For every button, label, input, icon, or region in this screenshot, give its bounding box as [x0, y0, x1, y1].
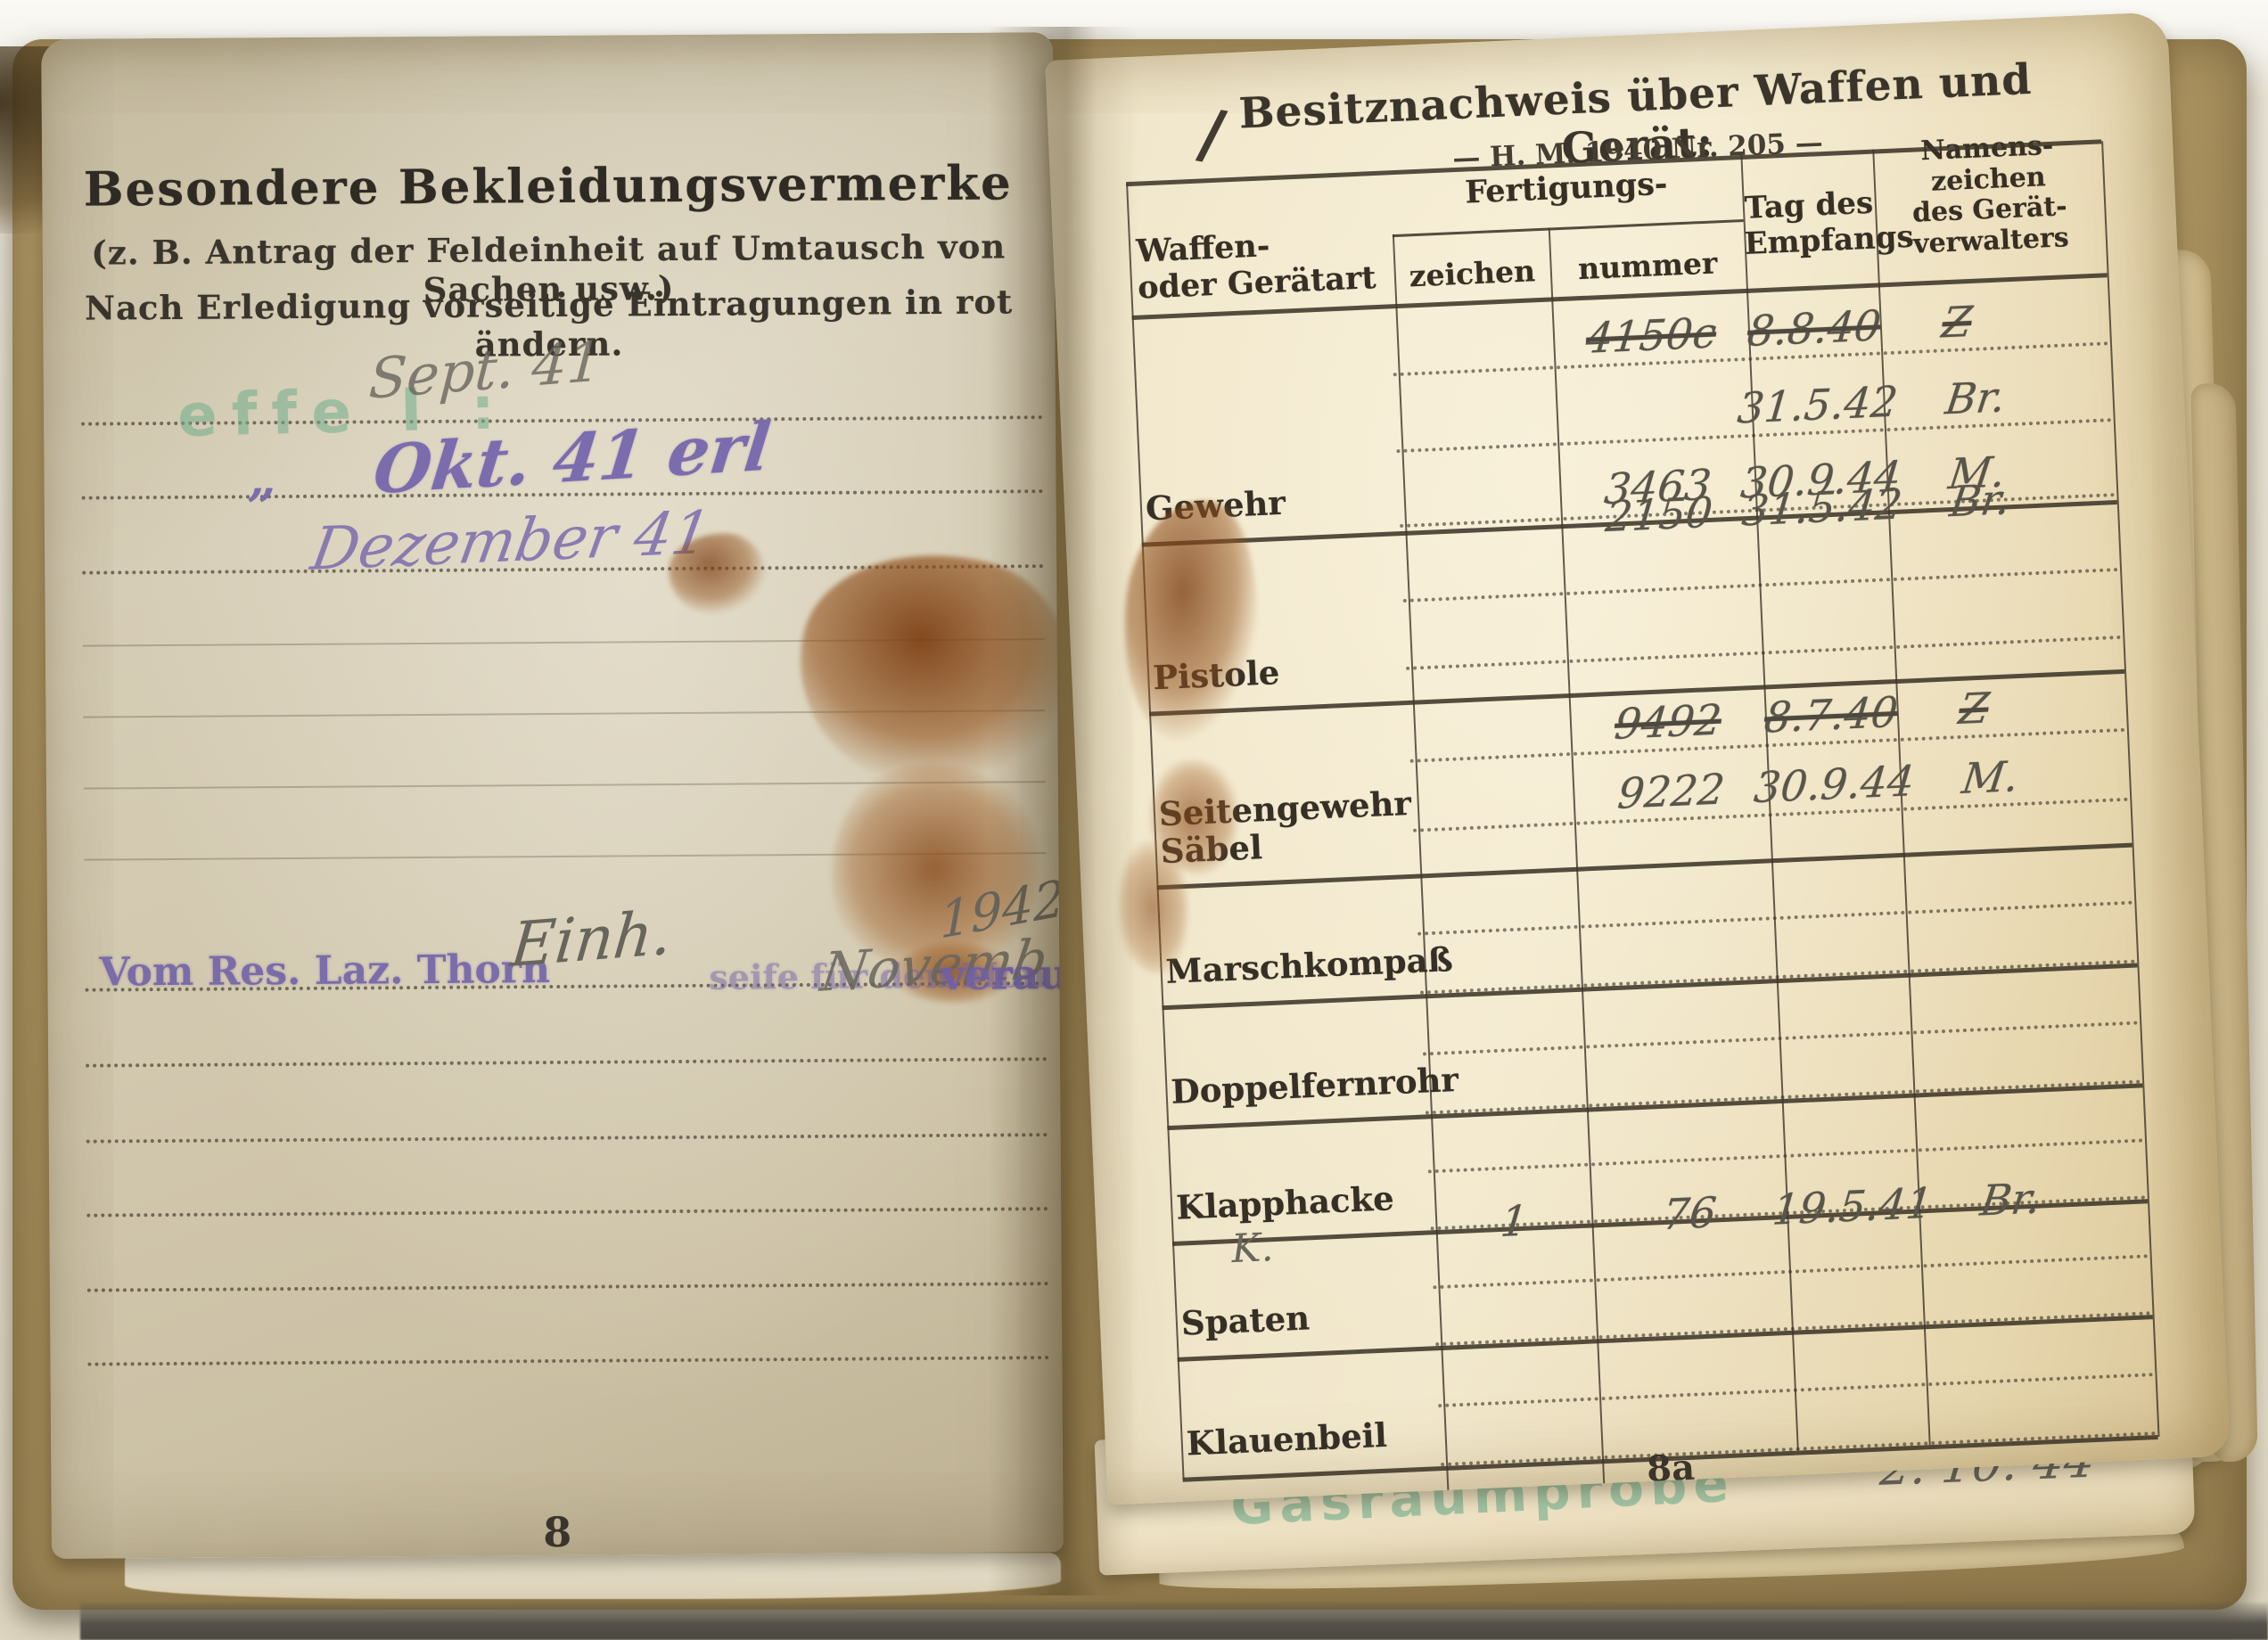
header-zeichen: zeichen	[1393, 253, 1551, 295]
row-label: Klauenbeil	[1186, 1416, 1388, 1463]
dotted-rule	[86, 1207, 1048, 1218]
scan-bottom-shadow	[80, 1603, 2268, 1640]
left-page: Besondere Bekleidungsvermerke (z. B. Ant…	[41, 32, 1064, 1559]
entry-mark: Z	[1939, 297, 1975, 348]
dotted-rule	[87, 1282, 1049, 1292]
entry-nummer: 76	[1660, 1189, 1718, 1241]
dotted-entry-rule	[1433, 1255, 2148, 1290]
entry-mark: Br.	[1947, 475, 2013, 527]
dotted-entry-rule	[1428, 1139, 2143, 1174]
dotted-entry-rule	[1403, 568, 2118, 603]
dotted-rule	[86, 1057, 1048, 1068]
entry-nummer: 9222	[1615, 766, 1727, 820]
entry-nummer: 9492	[1612, 696, 1723, 750]
dotted-rule	[87, 1356, 1049, 1366]
entry-tag: 19.5.41	[1771, 1179, 1935, 1235]
row-label: Klapphacke	[1175, 1180, 1394, 1227]
header-waffen-oder-geraetart: Waffen- oder Gerätart	[1136, 223, 1377, 307]
entry-tag: 31.5.42	[1739, 480, 1904, 536]
ditto-mark: „	[247, 449, 276, 508]
weapons-equipment-table: Waffen- oder Gerätart Fertigungs- zeiche…	[1126, 139, 2157, 1477]
dotted-entry-rule	[1423, 1021, 2138, 1055]
ruled-lines	[41, 32, 1053, 39]
dotted-entry-rule	[1406, 635, 2121, 670]
entry-tag: 8.8.40	[1746, 301, 1884, 357]
entry-zeichen: 1	[1498, 1197, 1529, 1248]
left-page-title: Besondere Bekleidungsvermerke	[42, 155, 1054, 217]
scanned-soldbuch-spread: { "left_page": { "title": "Besondere Bek…	[0, 0, 2268, 1640]
soap-issue-stamp: Vom Res. Laz. Thorn Einh. seife für den …	[41, 32, 1053, 39]
entry-nummer: 4150c	[1583, 308, 1718, 364]
row-label: Marschkompaß	[1165, 940, 1454, 991]
fertigungs-divider	[1393, 219, 1744, 237]
row-label: Doppelfernrohr	[1171, 1061, 1459, 1111]
entry-nummer: 2150	[1603, 488, 1714, 543]
dotted-rule	[86, 1133, 1048, 1144]
entry-tag: 8.7.40	[1763, 688, 1901, 743]
left-page-number: 8	[52, 1505, 1064, 1559]
entry-mark: Z	[1956, 685, 1992, 735]
entry-mark: Br.	[1943, 373, 2009, 424]
pencil-note: K.	[1230, 1225, 1274, 1272]
entry-tag: 31.5.42	[1735, 378, 1900, 434]
entry-tag: 30.9.44	[1752, 757, 1917, 813]
entry-mark: M.	[1960, 752, 2022, 804]
handwritten-einh: Einh.	[507, 898, 675, 981]
entry-mark: Br.	[1977, 1175, 2043, 1226]
dotted-entry-rule	[1417, 900, 2132, 935]
rust-stain	[669, 533, 768, 614]
header-nummer: nummer	[1549, 244, 1746, 288]
stamp-text-left: Vom Res. Laz. Thorn	[99, 947, 550, 996]
torn-page-edge	[125, 1553, 1061, 1599]
header-tag-des-empfangs: Tag des Empfangs	[1742, 185, 1877, 262]
row-label: Spaten	[1180, 1300, 1311, 1343]
stamp-text-right: verausgabt	[941, 949, 1064, 999]
right-page: / Besitznachweis über Waffen und Gerät: …	[1045, 12, 2231, 1505]
dotted-entry-rule	[1438, 1373, 2153, 1407]
handwritten-entry-dezember-41: Dezember 41	[307, 498, 716, 584]
